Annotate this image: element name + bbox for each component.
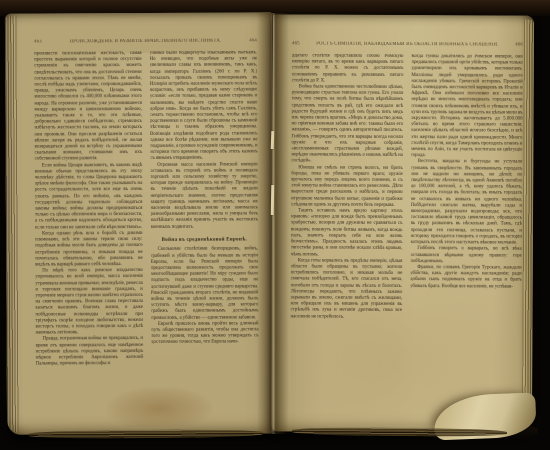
paragraph: Франки, по словамъ Григорія Турскаго, жа… [410,265,522,290]
paragraph: Когда готы ворвались въ предѣлы имперіи,… [290,258,402,321]
book-gutter [257,13,289,434]
left-page-content: 463 ПРОИСХОЖДЕНІЕ И РАЗВИТІЕ НРАВСТВЕННА… [5,12,274,434]
right-page-column-1: дцатаго столѣтія представляла собою Римс… [290,53,403,406]
binding-thread-icon [271,131,274,149]
column-number-463: 463 [34,39,50,45]
column-2-text-before-heading: узники были подвергнуты изысканнымъ пытк… [150,50,258,230]
right-page-running-head: 465 РОСТЪ СИМПАТІИ, НАБЛЮДАЕМЫЙ ВЪ ОБЛАС… [292,41,523,48]
paragraph: Европѣ пришлось вновь пройти весь длинны… [151,321,259,346]
paragraph: Когда однако рѣчь шла о борьбѣ съ дикими… [35,231,143,269]
paragraph: Гиббонъ говоритъ о варварахъ, во всѣ вѣк… [410,246,522,265]
right-running-title: РОСТЪ СИМПАТІИ, НАБЛЮДАЕМЫЙ ВЪ ОБЛАСТИ В… [308,42,507,49]
right-bottom-page-stack [292,427,507,437]
paragraph: Тацитъ оставилъ намъ яркую картину этихъ… [291,208,403,258]
binding-thread-icon [271,185,274,215]
left-bottom-page-stack [28,429,263,439]
paragraph: произвести безсознательная жестокость, с… [34,51,142,163]
right-page: 465 РОСТЪ СИМПАТІИ, НАБЛЮДАЕМЫЙ ВЪ ОБЛАС… [271,14,534,432]
paragraph: Если войны Цезаря выясняютъ, въ какомъ в… [35,163,143,232]
paragraph: Вестготы, вандалы и бургунды не уступали… [410,159,522,246]
paragraph: Огромная масса населенія Римской имперіи… [150,162,258,231]
left-page-column-1: произвести безсознательная жестокость, с… [34,51,143,404]
left-page-columns: произвести безсознательная жестокость, с… [34,50,259,403]
right-page-content: 465 РОСТЪ СИМПАТІИ, НАБЛЮДАЕМЫЙ ВЪ ОБЛАС… [271,14,534,432]
column-number-466: 466 [507,43,523,49]
column-number-465: 465 [292,41,308,47]
paragraph: Когда гунны докатились до Римской импері… [411,54,523,160]
paragraph: Война была единственною честолюбивою цѣл… [291,84,403,165]
paragraph: Юноша не смѣлъ ни стричь волосъ, ни брит… [291,165,403,209]
paragraph: По мѣрѣ того какъ римское владычество уп… [35,268,143,337]
open-book-photo: 463 ПРОИСХОЖДЕНІЕ И РАЗВИТІЕ НРАВСТВЕННА… [0,0,550,450]
left-page-column-2: узники были подвергнуты изысканнымъ пытк… [150,50,259,403]
right-page-columns: дцатаго столѣтія представляла собою Римс… [290,53,523,406]
section-heading: Война въ средневѣковой Европѣ. [153,236,257,243]
paragraph: Правда, пограничныя войны не прекращалис… [36,336,144,368]
right-page-column-2: Когда гунны докатились до Римской импері… [410,54,523,407]
column-number-464: 464 [241,38,257,44]
left-running-title: ПРОИСХОЖДЕНІЕ И РАЗВИТІЕ НРАВСТВЕННАГО И… [50,38,241,45]
paragraph: Сколькими столѣтіями безпорядковъ, войнъ… [151,247,259,322]
paragraph: узники были подвергнуты изысканнымъ пытк… [150,50,258,162]
left-page-running-head: 463 ПРОИСХОЖДЕНІЕ И РАЗВИТІЕ НРАВСТВЕННА… [34,38,257,45]
paragraph: дцатаго столѣтія представляла собою Римс… [292,53,404,85]
column-2-text-after-heading: Сколькими столѣтіями безпорядковъ, войнъ… [151,247,259,347]
left-page: 463 ПРОИСХОЖДЕНІЕ И РАЗВИТІЕ НРАВСТВЕННА… [5,12,274,434]
